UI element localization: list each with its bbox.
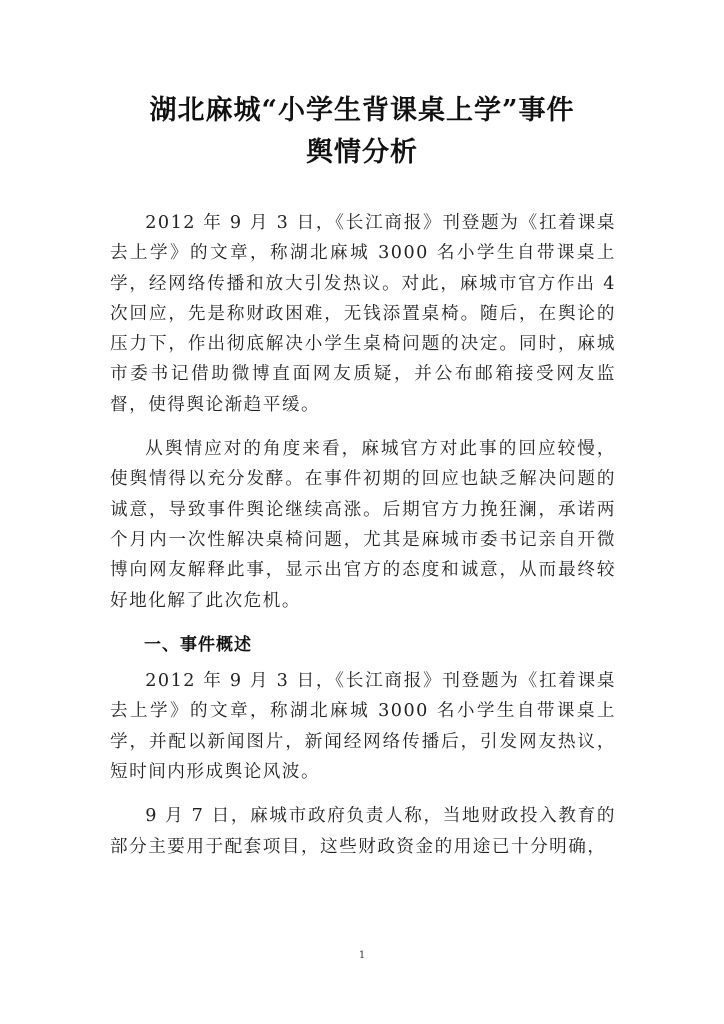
section1-paragraph-1: 2012 年 9 月 3 日，《长江商报》刊登题为《扛着课桌去上学》的文章，称湖… [110, 666, 616, 787]
document-title-line1: 湖北麻城“小学生背课桌上学”事件 [0, 88, 724, 127]
document-title-line2: 舆情分析 [0, 130, 724, 169]
paragraph-gap [110, 420, 616, 434]
paragraph-gap [110, 616, 616, 630]
paragraph-gap [110, 787, 616, 801]
section-heading-overview: 一、事件概述 [110, 630, 616, 660]
intro-paragraph-1: 2012 年 9 月 3 日，《长江商报》刊登题为《扛着课桌去上学》的文章，称湖… [110, 208, 616, 420]
document-body: 2012 年 9 月 3 日，《长江商报》刊登题为《扛着课桌去上学》的文章，称湖… [110, 208, 616, 862]
document-page: 湖北麻城“小学生背课桌上学”事件 舆情分析 2012 年 9 月 3 日，《长江… [0, 0, 724, 1024]
intro-paragraph-2: 从舆情应对的角度来看，麻城官方对此事的回应较慢，使舆情得以充分发酵。在事件初期的… [110, 434, 616, 616]
page-number: 1 [0, 950, 724, 961]
section1-paragraph-2: 9 月 7 日，麻城市政府负责人称，当地财政投入教育的部分主要用于配套项目，这些… [110, 801, 616, 862]
